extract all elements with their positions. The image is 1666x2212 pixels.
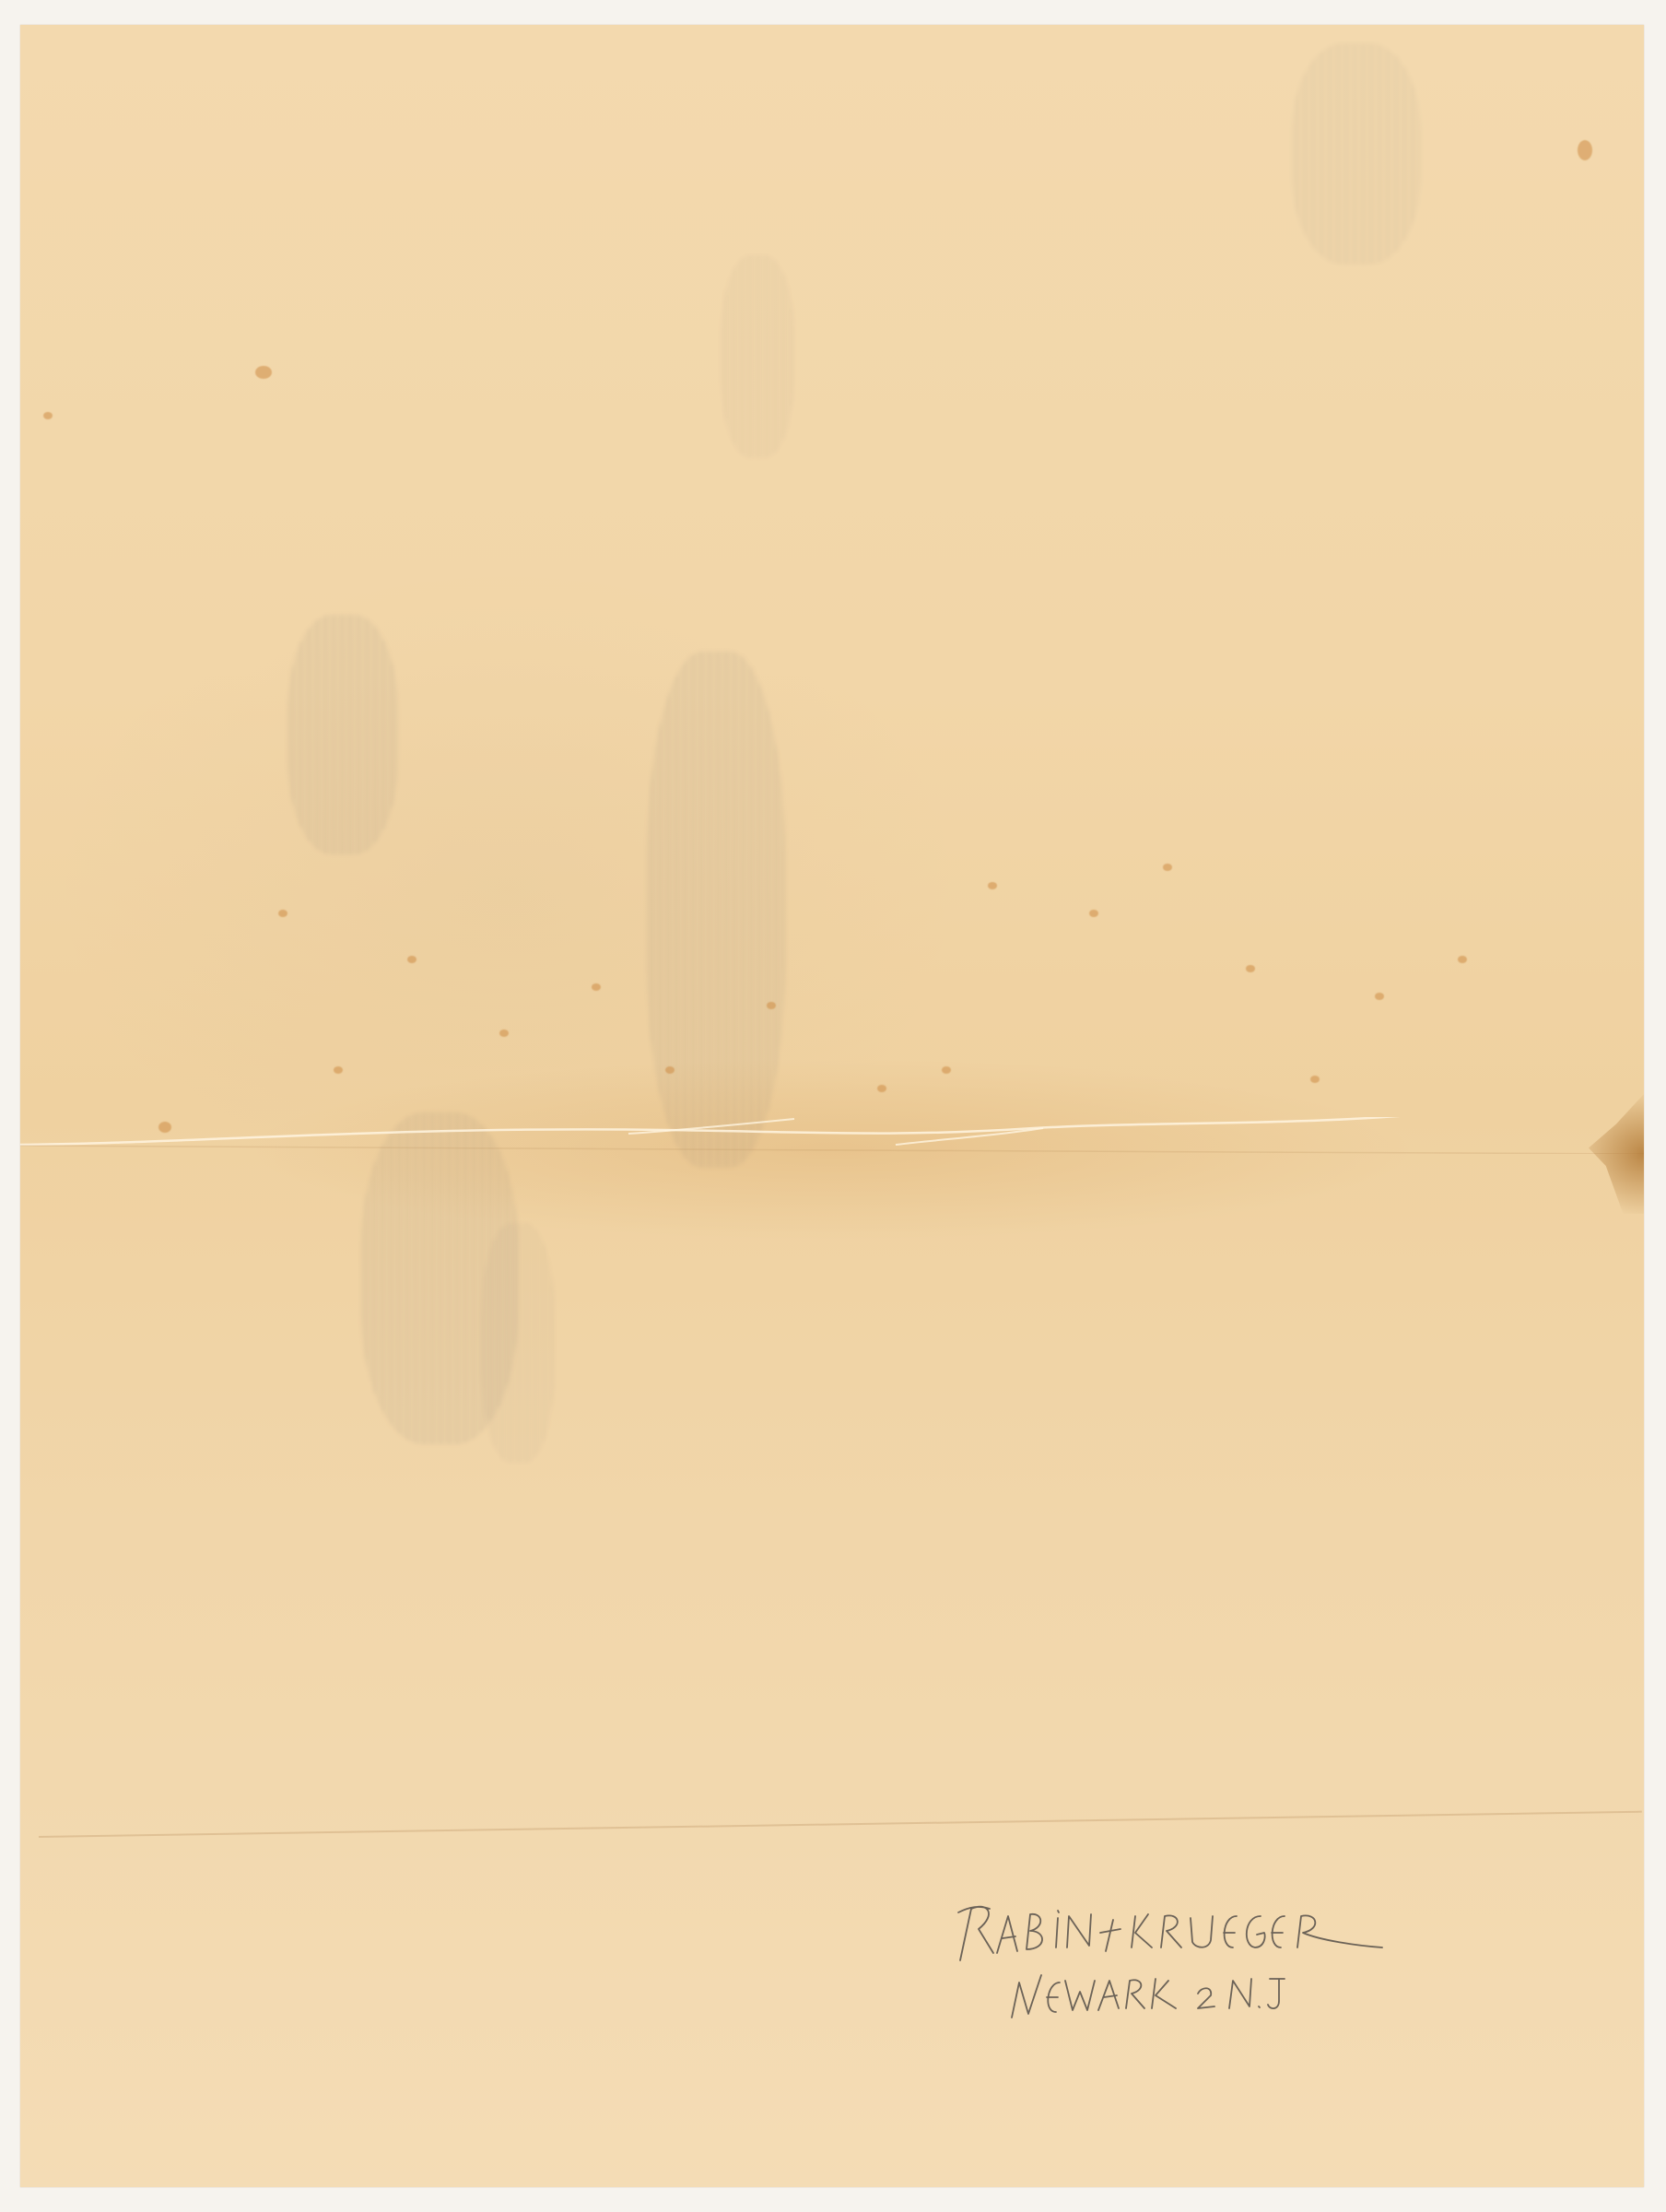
foxing-spot: [1458, 956, 1467, 963]
foxing-spot: [1310, 1076, 1320, 1083]
foxing-spot: [767, 1002, 776, 1009]
foxing-spot: [942, 1066, 951, 1074]
foxing-spot: [988, 882, 997, 889]
paper-sheet: RABIN + KRUEGER NEWARK 2 N.J: [20, 25, 1644, 2187]
faint-fold-line: [39, 1811, 1642, 1838]
foxing-spot: [877, 1085, 886, 1092]
graphite-smudge: [721, 255, 794, 458]
handwriting-strokes: [951, 1896, 1384, 2025]
foxing-spot: [1246, 965, 1255, 972]
foxing-spot: [43, 412, 53, 419]
foxing-spot: [1375, 993, 1384, 1000]
foxing-spot: [334, 1066, 343, 1074]
water-stain: [1575, 1094, 1644, 1214]
foxing-spot: [407, 956, 416, 963]
graphite-smudge: [287, 615, 398, 854]
graphite-smudge: [1292, 43, 1421, 265]
foxing-spot: [278, 910, 287, 917]
graphite-smudge: [481, 1223, 555, 1463]
handwritten-inscription: RABIN + KRUEGER NEWARK 2 N.J: [951, 1896, 1384, 2025]
foxing-spot: [665, 1066, 675, 1074]
foxing-spot: [1089, 910, 1098, 917]
foxing-spot: [1578, 140, 1592, 160]
crease-line: [20, 1117, 1644, 1154]
foxing-spot: [1163, 864, 1172, 871]
foxing-spot: [499, 1030, 509, 1037]
foxing-spot: [592, 983, 601, 991]
foxing-spot: [255, 366, 272, 379]
graphite-smudge: [647, 652, 785, 1168]
